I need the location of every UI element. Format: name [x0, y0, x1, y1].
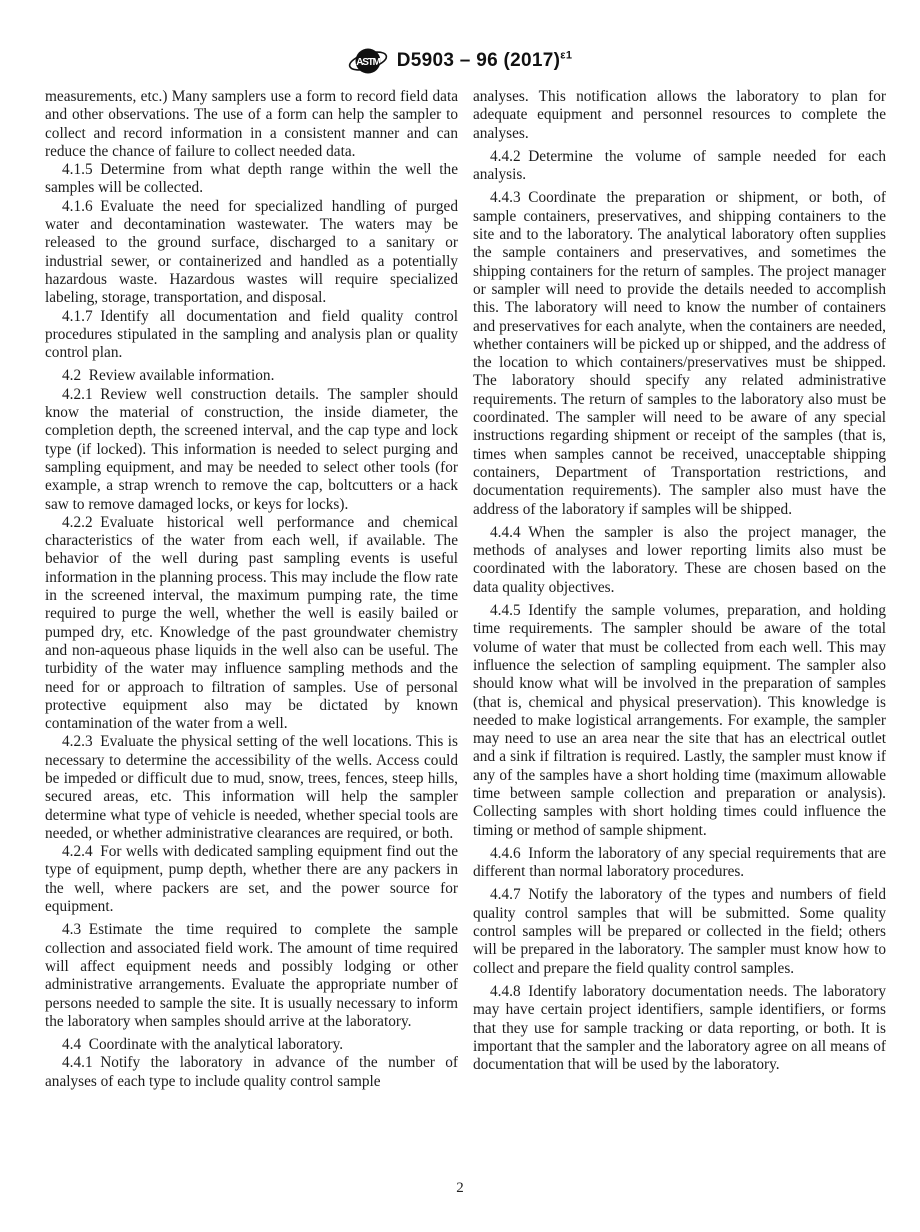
section-number: 4.1.7 — [62, 308, 93, 325]
section-number: 4.4.2 — [490, 148, 521, 165]
doc-designation: D5903 – 96 (2017)ε1 — [397, 50, 573, 72]
section-number: 4.1.6 — [62, 198, 93, 215]
section-number: 4.4 — [62, 1036, 81, 1053]
section-number: 4.4.3 — [490, 189, 521, 206]
section-paragraph-4.4.4: 4.4.4 When the sampler is also the proje… — [473, 524, 886, 597]
section-paragraph-4.1.6: 4.1.6 Evaluate the need for specialized … — [45, 198, 458, 308]
section-number: 4.2 — [62, 367, 81, 384]
section-paragraph-4.4.3: 4.4.3 Coordinate the preparation or ship… — [473, 189, 886, 518]
section-number: 4.4.1 — [62, 1054, 93, 1071]
section-number: 4.2.2 — [62, 514, 93, 531]
astm-logo-icon: ASTM — [348, 44, 388, 78]
section-number: 4.1.5 — [62, 161, 93, 178]
section-paragraph-4.4.7: 4.4.7 Notify the laboratory of the types… — [473, 886, 886, 977]
section-number: 4.4.5 — [490, 602, 521, 619]
section-number: 4.3 — [62, 921, 81, 938]
section-paragraph-4.3: 4.3 Estimate the time required to comple… — [45, 921, 458, 1031]
doc-code: D5903 – 96 (2017) — [397, 50, 561, 71]
section-paragraph-4.2.4: 4.2.4 For wells with dedicated sampling … — [45, 843, 458, 916]
section-paragraph-4.2.3: 4.2.3 Evaluate the physical setting of t… — [45, 733, 458, 843]
page-number: 2 — [456, 1180, 464, 1196]
section-number: 4.4.8 — [490, 983, 521, 1000]
two-column-body: measurements, etc.) Many samplers use a … — [45, 88, 886, 1091]
section-paragraph-4.2.1: 4.2.1 Review well construction details. … — [45, 386, 458, 514]
section-paragraph-4.4.6: 4.4.6 Inform the laboratory of any speci… — [473, 845, 886, 882]
document-page: ASTM D5903 – 96 (2017)ε1 measurements, e… — [0, 0, 920, 1232]
section-paragraph-4.1.7: 4.1.7 Identify all documentation and fie… — [45, 308, 458, 363]
section-paragraph-4.4.2: 4.4.2 Determine the volume of sample nee… — [473, 148, 886, 185]
document-header: ASTM D5903 – 96 (2017)ε1 — [0, 44, 920, 78]
section-paragraph-4.1.5: 4.1.5 Determine from what depth range wi… — [45, 161, 458, 198]
section-number: 4.4.6 — [490, 845, 521, 862]
section-paragraph-4.2.2: 4.2.2 Evaluate historical well performan… — [45, 514, 458, 734]
section-number: 4.4.7 — [490, 886, 521, 903]
left-column: measurements, etc.) Many samplers use a … — [45, 88, 458, 1091]
designation-superscript: ε1 — [560, 50, 572, 62]
section-number: 4.2.3 — [62, 733, 93, 750]
page-footer: 2 — [0, 1180, 920, 1197]
section-paragraph-4.4: 4.4 Coordinate with the analytical labor… — [45, 1036, 458, 1054]
section-paragraph-4.4.8: 4.4.8 Identify laboratory documentation … — [473, 983, 886, 1074]
continued-paragraph: analyses. This notification allows the l… — [473, 88, 886, 143]
continued-paragraph: measurements, etc.) Many samplers use a … — [45, 88, 458, 161]
section-paragraph-4.4.5: 4.4.5 Identify the sample volumes, prepa… — [473, 602, 886, 840]
section-number: 4.2.4 — [62, 843, 93, 860]
section-number: 4.2.1 — [62, 386, 93, 403]
section-paragraph-4.2: 4.2 Review available information. — [45, 367, 458, 385]
right-column: analyses. This notification allows the l… — [473, 88, 886, 1091]
section-paragraph-4.4.1: 4.4.1 Notify the laboratory in advance o… — [45, 1054, 458, 1091]
section-number: 4.4.4 — [490, 524, 521, 541]
